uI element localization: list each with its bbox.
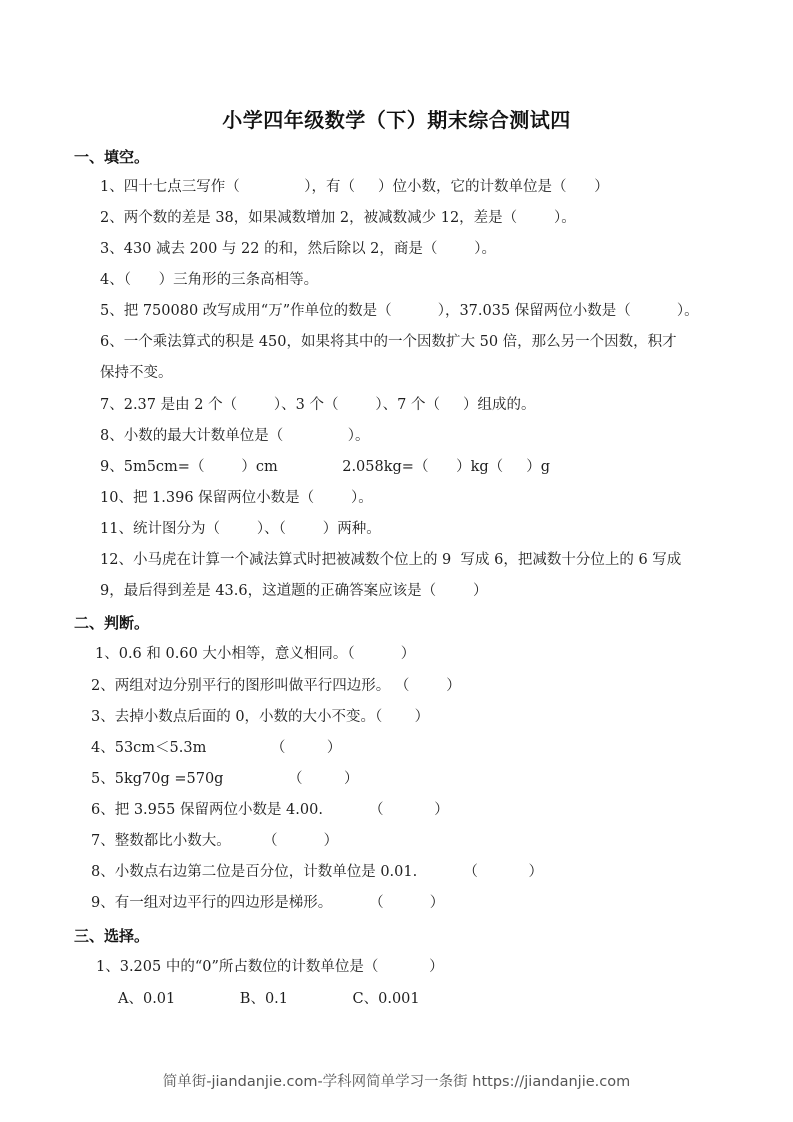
footer-watermark: 简单街-jiandanjie.com-学科网简单学习一条街 https://ji… (0, 1070, 793, 1091)
question-line: 1、四十七点三写作（ ），有（ ）位小数，它的计数单位是（ ） (100, 175, 609, 196)
section-heading-fill-blank: 一、填空。 (74, 146, 149, 167)
question-line: 8、小数的最大计数单位是（ ）。 (100, 424, 370, 445)
question-line: 3、去掉小数点后面的 0，小数的大小不变。（ ） (91, 705, 429, 726)
question-line: 1、0.6 和 0.60 大小相等，意义相同。（ ） (95, 642, 415, 663)
question-line: 7、整数都比小数大。 （ ） (91, 829, 338, 850)
question-line: 4、（ ）三角形的三条高相等。 (100, 268, 318, 289)
question-line: 5、把 750080 改写成用“万”作单位的数是（ ），37.035 保留两位小… (100, 299, 699, 320)
question-line: 2、两组对边分别平行的图形叫做平行四边形。 （ ） (91, 674, 461, 695)
question-line: 2、两个数的差是 38，如果减数增加 2，被减数减少 12，差是（ ）。 (100, 206, 576, 227)
section-heading-multiple-choice: 三、选择。 (74, 925, 149, 946)
question-line: 3、430 减去 200 与 22 的和，然后除以 2，商是（ ）。 (100, 237, 496, 258)
question-line: 1、3.205 中的“0”所占数位的计数单位是（ ） (96, 955, 444, 976)
answer-options: A、0.01 B、0.1 C、0.001 (118, 987, 420, 1008)
question-line: 5、5kg70g =570g （ ） (91, 767, 358, 788)
question-line: 9、有一组对边平行的四边形是梯形。 （ ） (91, 891, 444, 912)
page-title: 小学四年级数学（下）期末综合测试四 (0, 104, 793, 133)
question-line: 6、一个乘法算式的积是 450，如果将其中的一个因数扩大 50 倍，那么另一个因… (100, 330, 677, 351)
question-line: 8、小数点右边第二位是百分位，计数单位是 0.01. （ ） (91, 860, 543, 881)
question-line-continued: 9，最后得到差是 43.6，这道题的正确答案应该是（ ） (100, 579, 488, 600)
question-line: 7、2.37 是由 2 个（ ）、3 个（ ）、7 个（ ）组成的。 (100, 393, 536, 414)
question-line-continued: 保持不变。 (100, 361, 173, 382)
question-line: 11、统计图分为（ ）、（ ）两种。 (100, 517, 381, 538)
question-line: 10、把 1.396 保留两位小数是（ ）。 (100, 486, 373, 507)
section-heading-true-false: 二、判断。 (74, 612, 149, 633)
question-line: 4、53cm＜5.3m （ ） (91, 736, 341, 757)
question-line: 12、小马虎在计算一个减法算式时把被减数个位上的 9 写成 6，把减数十分位上的… (100, 548, 681, 569)
question-line: 6、把 3.955 保留两位小数是 4.00. （ ） (91, 798, 449, 819)
question-line: 9、5m5cm=（ ）cm 2.058kg=（ ）kg（ ）g (100, 455, 550, 476)
